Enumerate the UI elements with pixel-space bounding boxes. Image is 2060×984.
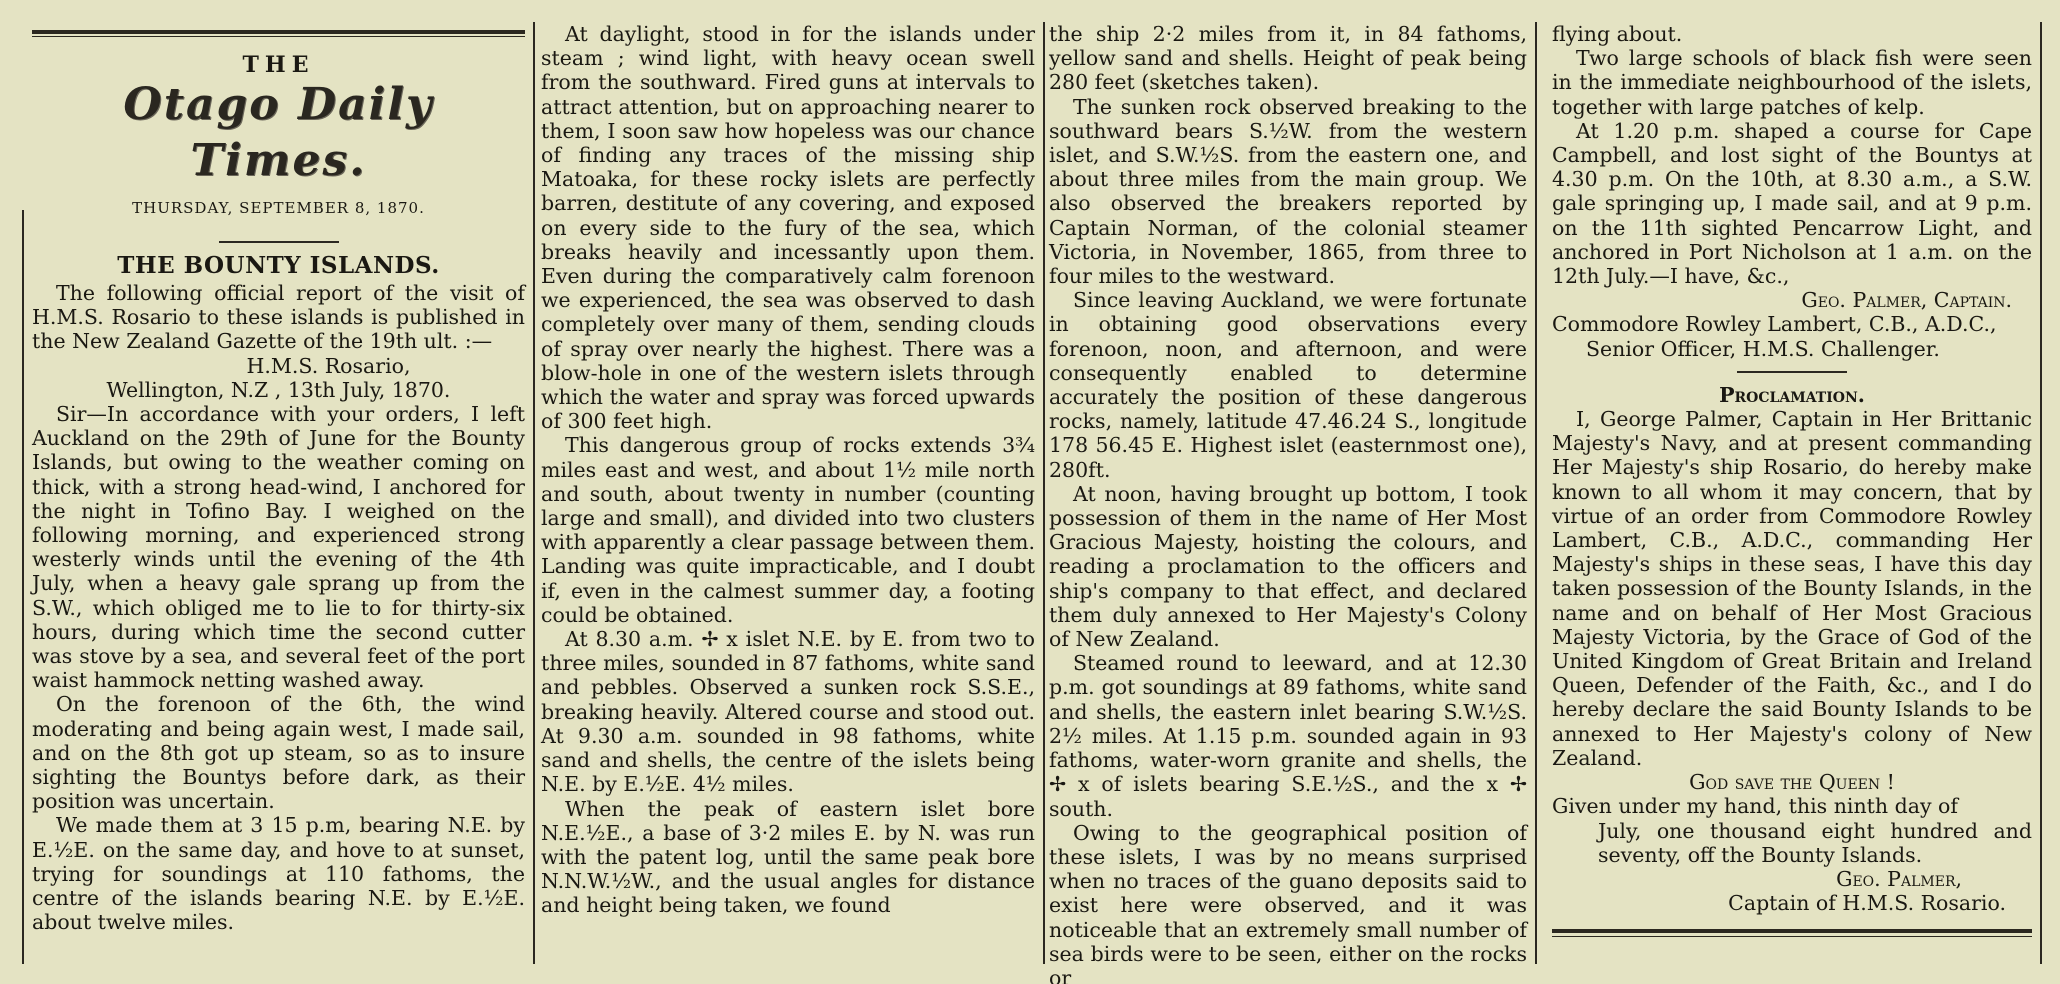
paragraph: At noon, having brought up bottom, I too… [1049,482,1527,651]
paragraph-continued: the ship 2·2 miles from it, in 84 fathom… [1049,22,1527,95]
paragraph: On the forenoon of the 6th, the wind mod… [32,692,525,813]
column-4: flying about. Two large schools of black… [1552,22,2032,958]
masthead-the: THE [32,53,525,77]
paragraph: We made them at 3 15 p.m, bearing N.E. b… [32,813,525,934]
column-rule-right [2040,22,2042,964]
paragraph: Sir—In accordance with your orders, I le… [32,402,525,692]
paragraph: This dangerous group of rocks extends 3¾… [541,433,1035,627]
given-line-2: July, one thousand eight hundred and sev… [1552,819,2032,867]
god-save-the-queen: God save the Queen ! [1552,770,2032,794]
proclamation-heading: Proclamation. [1552,383,2032,407]
column-2: At daylight, stood in for the islands un… [541,22,1035,958]
addressee-line-2: Senior Officer, H.M.S. Challenger. [1552,337,2032,361]
paragraph-continued: flying about. [1552,22,2032,46]
addressee-line-1: Commodore Rowley Lambert, C.B., A.D.C., [1552,312,2032,336]
end-rule-thick [1552,929,2032,933]
newspaper-title: Otago Daily Times. [32,77,525,189]
column-rule-2-3 [1043,22,1045,964]
paragraph: At 8.30 a.m. ✢ x islet N.E. by E. from t… [541,627,1035,796]
issue-date: THURSDAY, SEPTEMBER 8, 1870. [32,197,525,219]
paragraph: When the peak of eastern islet bore N.E.… [541,797,1035,918]
letter-address-place: Wellington, N.Z , 13th July, 1870. [32,378,525,402]
section-divider [1737,371,1847,373]
paragraph: Steamed round to leeward, and at 12.30 p… [1049,651,1527,820]
masthead: THE Otago Daily Times. THURSDAY, SEPTEMB… [32,30,525,243]
letter-address-ship: H.M.S. Rosario, [32,354,525,378]
end-rule-thin [1552,936,2032,937]
paragraph: At 1.20 p.m. shaped a course for Cape Ca… [1552,119,2032,288]
article-headline: THE BOUNTY ISLANDS. [32,251,525,281]
given-line-1: Given under my hand, this ninth day of [1552,794,2032,818]
article-intro: The following official report of the vis… [32,281,525,354]
column-rule-left [22,210,24,964]
column-rule-3-4 [1535,22,1537,964]
signature-name: Geo. Palmer, [1552,867,2032,891]
paragraph: Two large schools of black fish were see… [1552,46,2032,119]
column-3: the ship 2·2 miles from it, in 84 fathom… [1049,22,1527,958]
paragraph: At daylight, stood in for the islands un… [541,22,1035,433]
section-divider [219,241,339,243]
paragraph: Since leaving Auckland, we were fortunat… [1049,288,1527,482]
masthead-rule-thin [32,36,525,37]
column-1: THE Otago Daily Times. THURSDAY, SEPTEMB… [32,20,525,958]
signature-title: Captain of H.M.S. Rosario. [1552,891,2032,915]
proclamation-text: I, George Palmer, Captain in Her Brittan… [1552,407,2032,770]
paragraph: Owing to the geographical position of th… [1049,821,1527,984]
signature-captain: Geo. Palmer, Captain. [1552,288,2032,312]
paragraph: The sunken rock observed breaking to the… [1049,95,1527,289]
column-rule-1-2 [533,22,535,964]
masthead-rule-thick [32,30,525,34]
